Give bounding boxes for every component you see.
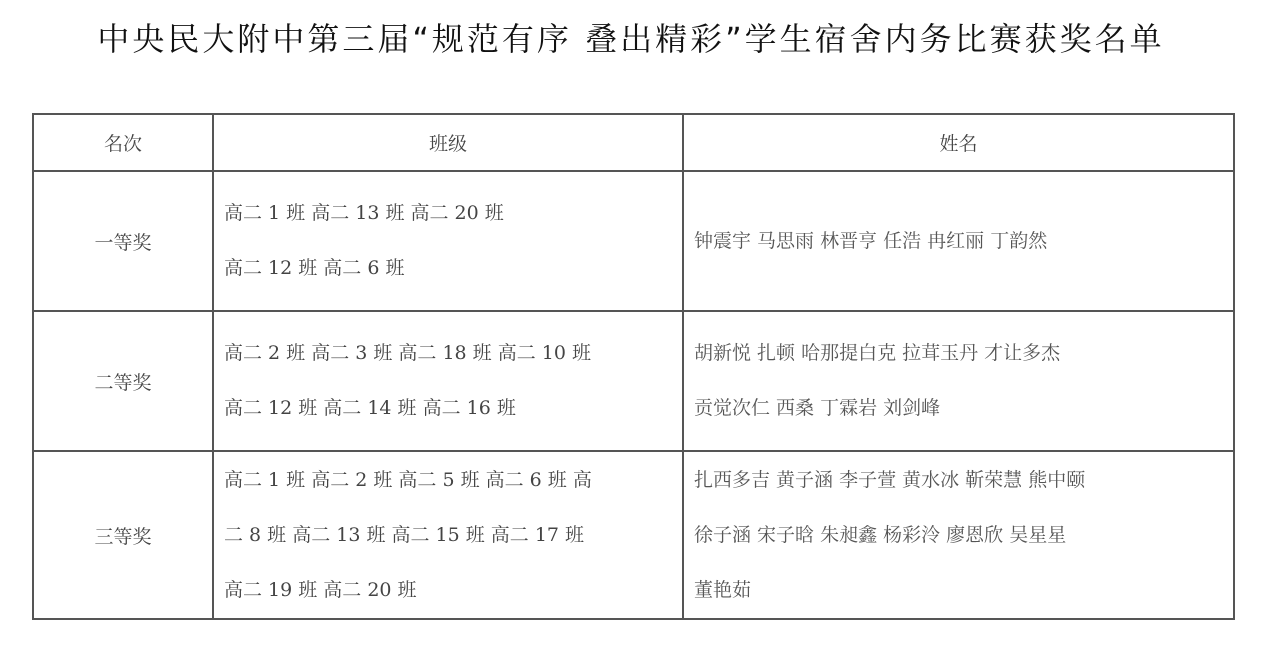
name-line: 扎西多吉 黄子涵 李子萱 黄水冰 靳荣慧 熊中颐 — [694, 453, 1227, 508]
rank-cell: 一等奖 — [33, 171, 213, 311]
class-cell: 高二 1 班 高二 2 班 高二 5 班 高二 6 班 高 二 8 班 高二 1… — [213, 451, 683, 619]
award-table: 名次 班级 姓名 一等奖 高二 1 班 高二 13 班 高二 20 班 高二 1… — [32, 113, 1235, 620]
name-line: 董艳茹 — [694, 563, 1227, 618]
name-line: 贡觉次仁 西桑 丁霖岩 刘剑峰 — [694, 381, 1227, 436]
table-header-row: 名次 班级 姓名 — [33, 114, 1234, 171]
class-line: 高二 12 班 高二 14 班 高二 16 班 — [224, 381, 676, 436]
name-cell: 胡新悦 扎顿 哈那提白克 拉茸玉丹 才让多杰 贡觉次仁 西桑 丁霖岩 刘剑峰 — [683, 311, 1234, 451]
name-cell: 扎西多吉 黄子涵 李子萱 黄水冰 靳荣慧 熊中颐 徐子涵 宋子晗 朱昶鑫 杨彩泠… — [683, 451, 1234, 619]
class-line: 高二 12 班 高二 6 班 — [224, 241, 676, 296]
name-line: 钟震宇 马思雨 林晋亨 任浩 冉红丽 丁韵然 — [694, 214, 1227, 269]
class-line: 二 8 班 高二 13 班 高二 15 班 高二 17 班 — [224, 508, 676, 563]
header-rank: 名次 — [33, 114, 213, 171]
class-line: 高二 19 班 高二 20 班 — [224, 563, 676, 618]
class-line: 高二 2 班 高二 3 班 高二 18 班 高二 10 班 — [224, 326, 676, 381]
class-line: 高二 1 班 高二 2 班 高二 5 班 高二 6 班 高 — [224, 453, 676, 508]
rank-cell: 二等奖 — [33, 311, 213, 451]
class-line: 高二 1 班 高二 13 班 高二 20 班 — [224, 186, 676, 241]
name-line: 徐子涵 宋子晗 朱昶鑫 杨彩泠 廖恩欣 吴星星 — [694, 508, 1227, 563]
name-cell: 钟震宇 马思雨 林晋亨 任浩 冉红丽 丁韵然 — [683, 171, 1234, 311]
table-row-first-prize: 一等奖 高二 1 班 高二 13 班 高二 20 班 高二 12 班 高二 6 … — [33, 171, 1234, 311]
class-cell: 高二 1 班 高二 13 班 高二 20 班 高二 12 班 高二 6 班 — [213, 171, 683, 311]
name-line: 胡新悦 扎顿 哈那提白克 拉茸玉丹 才让多杰 — [694, 326, 1227, 381]
header-class: 班级 — [213, 114, 683, 171]
table-row-third-prize: 三等奖 高二 1 班 高二 2 班 高二 5 班 高二 6 班 高 二 8 班 … — [33, 451, 1234, 619]
rank-cell: 三等奖 — [33, 451, 213, 619]
document-title: 中央民大附中第三届“规范有序 叠出精彩”学生宿舍内务比赛获奖名单 — [0, 14, 1262, 60]
class-cell: 高二 2 班 高二 3 班 高二 18 班 高二 10 班 高二 12 班 高二… — [213, 311, 683, 451]
table-row-second-prize: 二等奖 高二 2 班 高二 3 班 高二 18 班 高二 10 班 高二 12 … — [33, 311, 1234, 451]
header-name: 姓名 — [683, 114, 1234, 171]
